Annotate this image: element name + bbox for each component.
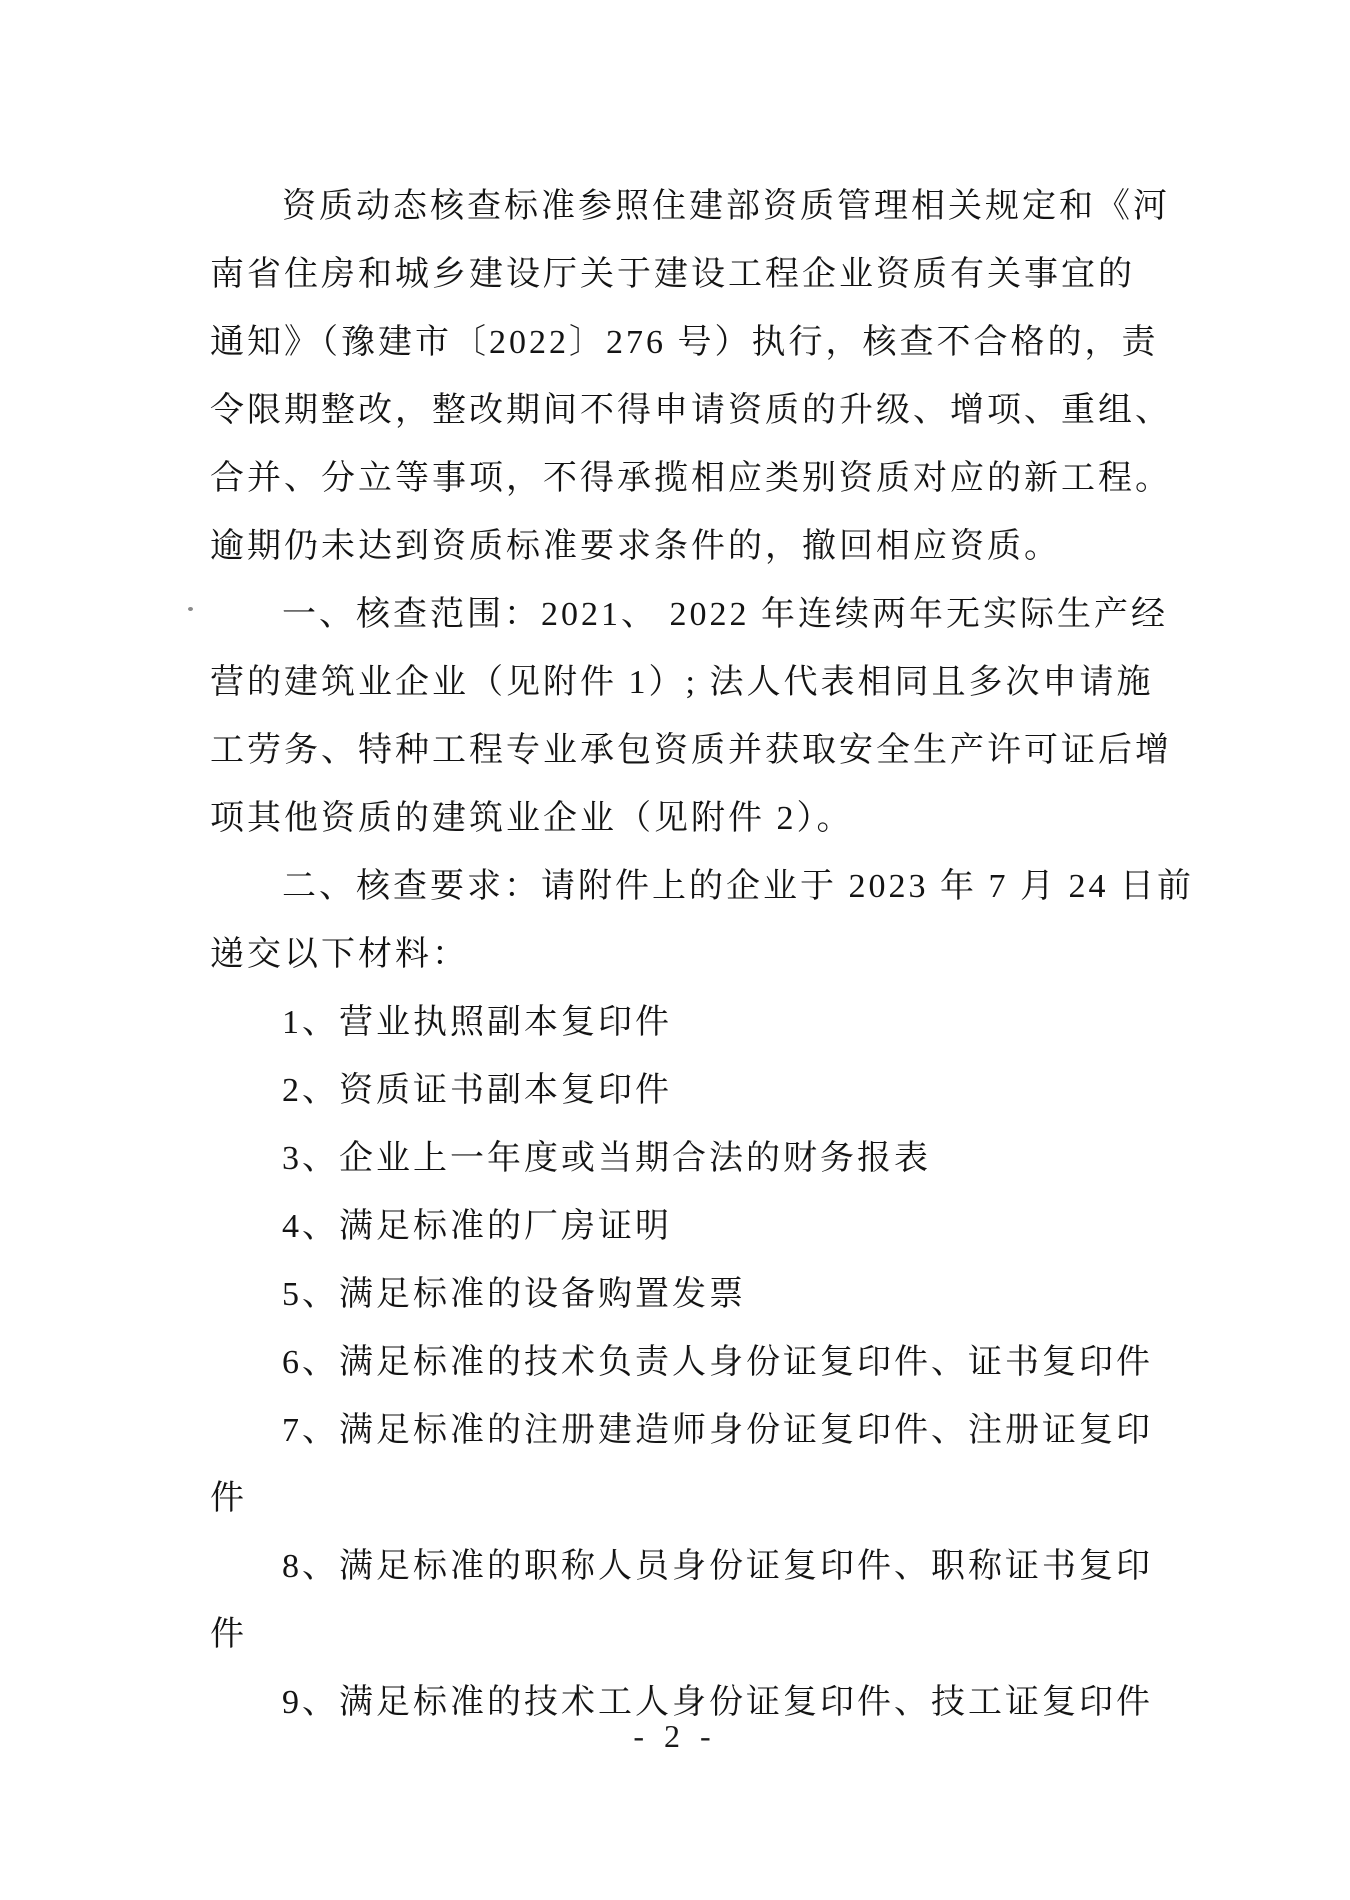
body-line: 工劳务、特种工程专业承包资质并获取安全生产许可证后增 <box>210 717 1138 785</box>
body-line-item-2: 2、资质证书副本复印件 <box>210 1057 1138 1125</box>
body-line-section-1: 一、核查范围：2021、 2022 年连续两年无实际生产经 <box>210 581 1138 649</box>
scan-speck <box>790 1160 793 1163</box>
page-number: - 2 - <box>0 1716 1350 1756</box>
body-line-item-4: 4、满足标准的厂房证明 <box>210 1193 1138 1261</box>
body-line-item-7: 7、满足标准的注册建造师身份证复印件、注册证复印 <box>210 1397 1138 1465</box>
body-line: 项其他资质的建筑业企业（见附件 2）。 <box>210 785 1138 853</box>
body-line: 逾期仍未达到资质标准要求条件的，撤回相应资质。 <box>210 513 1138 581</box>
body-line: 通知》（豫建市〔2022〕276 号）执行，核查不合格的，责 <box>210 309 1138 377</box>
scan-speck <box>188 607 193 611</box>
body-line-item-8: 8、满足标准的职称人员身份证复印件、职称证书复印 <box>210 1533 1138 1601</box>
body-line-section-2: 二、核查要求：请附件上的企业于 2023 年 7 月 24 日前 <box>210 853 1138 921</box>
body-line: 合并、分立等事项，不得承揽相应类别资质对应的新工程。 <box>210 445 1138 513</box>
document-page: 资质动态核查标准参照住建部资质管理相关规定和《河 南省住房和城乡建设厅关于建设工… <box>0 0 1350 1900</box>
body-line-item-3: 3、企业上一年度或当期合法的财务报表 <box>210 1125 1138 1193</box>
document-body: 资质动态核查标准参照住建部资质管理相关规定和《河 南省住房和城乡建设厅关于建设工… <box>210 173 1138 1737</box>
body-line: 件 <box>210 1465 1138 1533</box>
body-line: 件 <box>210 1601 1138 1669</box>
body-line: 递交以下材料： <box>210 921 1138 989</box>
body-line: 令限期整改，整改期间不得申请资质的升级、增项、重组、 <box>210 377 1138 445</box>
body-line: 南省住房和城乡建设厅关于建设工程企业资质有关事宜的 <box>210 241 1138 309</box>
body-line-item-6: 6、满足标准的技术负责人身份证复印件、证书复印件 <box>210 1329 1138 1397</box>
body-line: 资质动态核查标准参照住建部资质管理相关规定和《河 <box>210 173 1138 241</box>
body-line-item-1: 1、营业执照副本复印件 <box>210 989 1138 1057</box>
body-line-item-5: 5、满足标准的设备购置发票 <box>210 1261 1138 1329</box>
body-line: 营的建筑业企业（见附件 1）; 法人代表相同且多次申请施 <box>210 649 1138 717</box>
